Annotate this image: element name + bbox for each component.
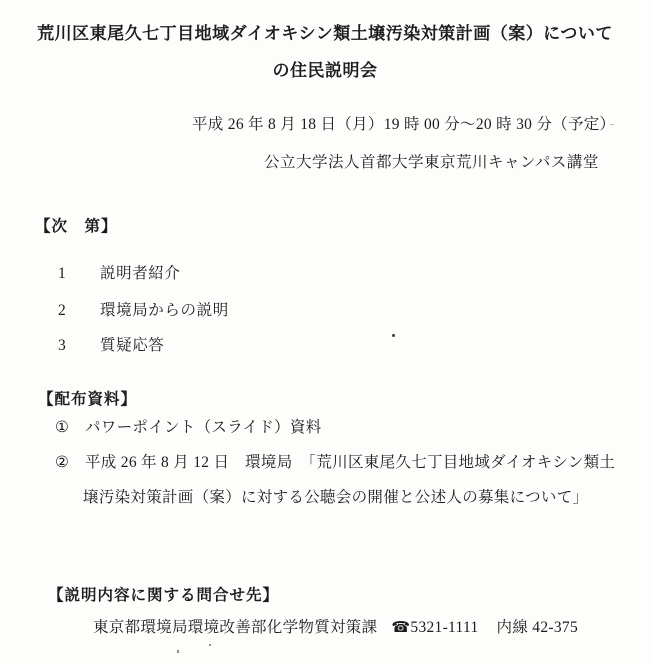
agenda-section-heading: 【次 第】 (35, 214, 118, 236)
scan-speckle (392, 334, 395, 337)
material-item-2: ②平成 26 年 8 月 12 日 環境局 「荒川区東尾久七丁目地域ダイオキシン… (55, 450, 615, 472)
contact-phone-number: 5321-1111 (410, 619, 478, 636)
material-item-1: ①パワーポイント（スライド）資料 (55, 415, 322, 437)
agenda-item-2-label: 環境局からの説明 (100, 302, 229, 319)
agenda-item-3-number: 3 (58, 337, 100, 355)
document-title: 荒川区東尾久七丁目地域ダイオキシン類土壌汚染対策計画（案）について の住民説明会 (0, 15, 650, 89)
contact-section-heading: 【説明内容に関する問合せ先】 (48, 583, 279, 605)
title-line-1: 荒川区東尾久七丁目地域ダイオキシン類土壌汚染対策計画（案）について (0, 15, 650, 52)
scan-speckle (610, 124, 614, 125)
agenda-item-3: 3質疑応答 (58, 333, 164, 355)
contact-phone-group: ☎5321-1111 (391, 619, 478, 636)
agenda-item-2: 2環境局からの説明 (58, 298, 229, 320)
agenda-item-2-number: 2 (58, 302, 100, 320)
agenda-item-1-number: 1 (58, 265, 100, 283)
phone-icon: ☎ (391, 618, 410, 636)
title-line-2: の住民説明会 (0, 52, 650, 89)
event-venue: 公立大学法人首都大学東京荒川キャンパス講堂 (264, 150, 599, 172)
event-datetime: 平成 26 年 8 月 18 日（月）19 時 00 分～20 時 30 分（予… (192, 112, 615, 134)
material-item-2-continuation: 壌汚染対策計画（案）に対する公聴会の開催と公述人の募集について」 (83, 485, 588, 507)
material-item-2-number: ② (55, 453, 85, 472)
material-item-2-text: 平成 26 年 8 月 12 日 環境局 「荒川区東尾久七丁目地域ダイオキシン類… (85, 454, 615, 471)
material-item-1-number: ① (55, 418, 85, 437)
agenda-item-1-label: 説明者紹介 (100, 265, 181, 282)
materials-section-heading: 【配布資料】 (38, 387, 137, 409)
scanned-notice-document: 荒川区東尾久七丁目地域ダイオキシン類土壌汚染対策計画（案）について の住民説明会… (0, 0, 650, 664)
agenda-item-3-label: 質疑応答 (100, 337, 164, 354)
agenda-item-1: 1説明者紹介 (58, 261, 181, 283)
contact-extension: 内線 42-375 (497, 619, 579, 636)
contact-department: 東京都環境局環境改善部化学物質対策課 (93, 619, 377, 636)
scan-speckle (177, 650, 179, 653)
contact-info-line: 東京都環境局環境改善部化学物質対策課☎5321-1111内線 42-375 (93, 615, 578, 637)
scan-speckle (209, 644, 211, 646)
material-item-1-text: パワーポイント（スライド）資料 (85, 419, 322, 436)
